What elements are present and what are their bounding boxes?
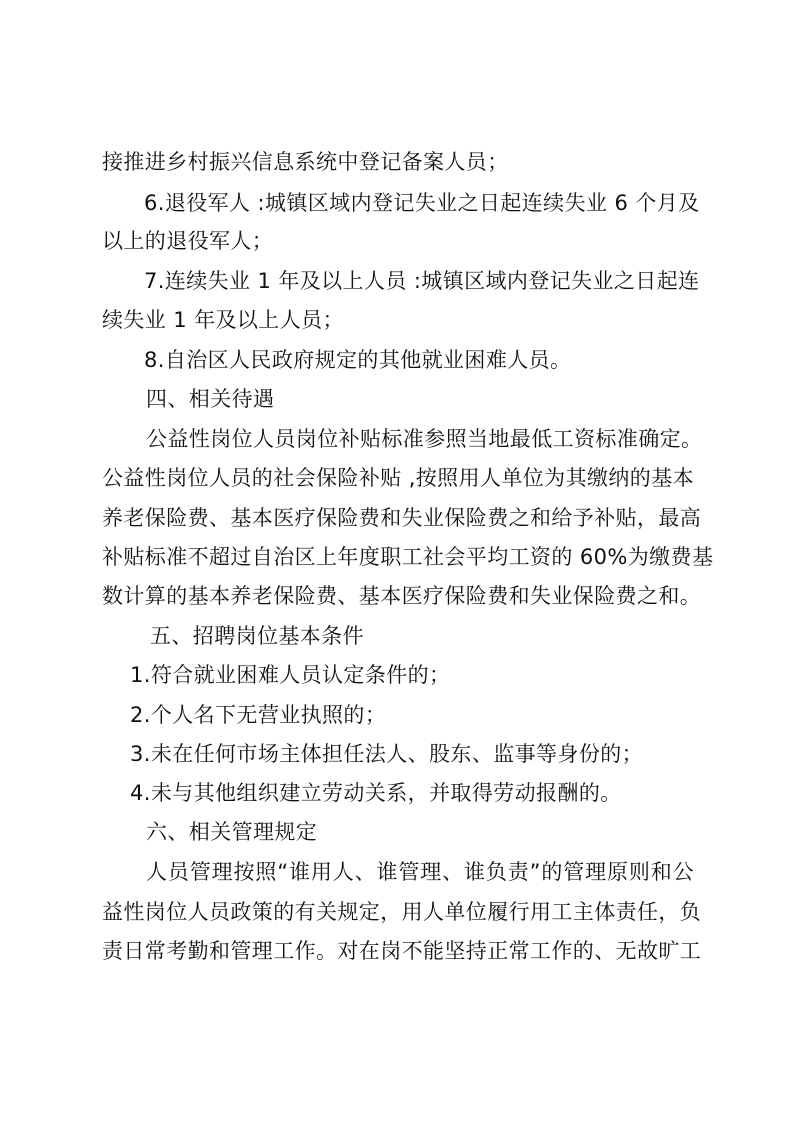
section-6-paragraph-line-3: 责日常考勤和管理工作。对在岗不能坚持正常工作的、无故旷工 (102, 937, 694, 965)
section-5-heading: 五、招聘岗位基本条件 (150, 622, 694, 650)
item-7-long-term-unemployed-cont: 续失业 1 年及以上人员； (102, 306, 694, 334)
section-4-paragraph-line-5: 数计算的基本养老保险费、基本医疗保险费和失业保险费之和。 (102, 582, 694, 610)
item-6-veterans-cont: 以上的退役军人； (102, 227, 694, 255)
continued-item-5-text: 接推进乡村振兴信息系统中登记备案人员； (102, 148, 694, 176)
section-4-paragraph-line-2: 公益性岗位人员的社会保险补贴 ,按照用人单位为其缴纳的基本 (102, 464, 694, 492)
condition-3: 3.未在任何市场主体担任法人、股东、监事等身份的； (130, 740, 694, 768)
section-4-paragraph-line-1: 公益性岗位人员岗位补贴标准参照当地最低工资标准确定。 (146, 425, 694, 453)
section-4-paragraph-line-3: 养老保险费、基本医疗保险费和失业保险费之和给予补贴，最高 (102, 504, 694, 532)
condition-4: 4.未与其他组织建立劳动关系，并取得劳动报酬的。 (130, 779, 694, 807)
condition-2: 2.个人名下无营业执照的； (130, 701, 694, 729)
item-8-other-difficult: 8.自治区人民政府规定的其他就业困难人员。 (144, 346, 694, 374)
condition-1: 1.符合就业困难人员认定条件的； (130, 661, 694, 689)
section-6-paragraph-line-2: 益性岗位人员政策的有关规定，用人单位履行用工主体责任，负 (102, 898, 694, 926)
section-6-heading: 六、相关管理规定 (146, 818, 694, 846)
section-4-paragraph-line-4: 补贴标准不超过自治区上年度职工社会平均工资的 60%为缴费基 (102, 543, 694, 571)
section-6-paragraph-line-1: 人员管理按照“谁用人、谁管理、谁负责”的管理原则和公 (146, 858, 694, 886)
item-6-veterans: 6.退役军人 :城镇区域内登记失业之日起连续失业 6 个月及 (144, 189, 694, 217)
document-page: 接推进乡村振兴信息系统中登记备案人员；6.退役军人 :城镇区域内登记失业之日起连… (0, 0, 793, 1122)
section-4-heading: 四、相关待遇 (146, 385, 694, 413)
item-7-long-term-unemployed: 7.连续失业 1 年及以上人员 :城镇区域内登记失业之日起连 (144, 267, 694, 295)
